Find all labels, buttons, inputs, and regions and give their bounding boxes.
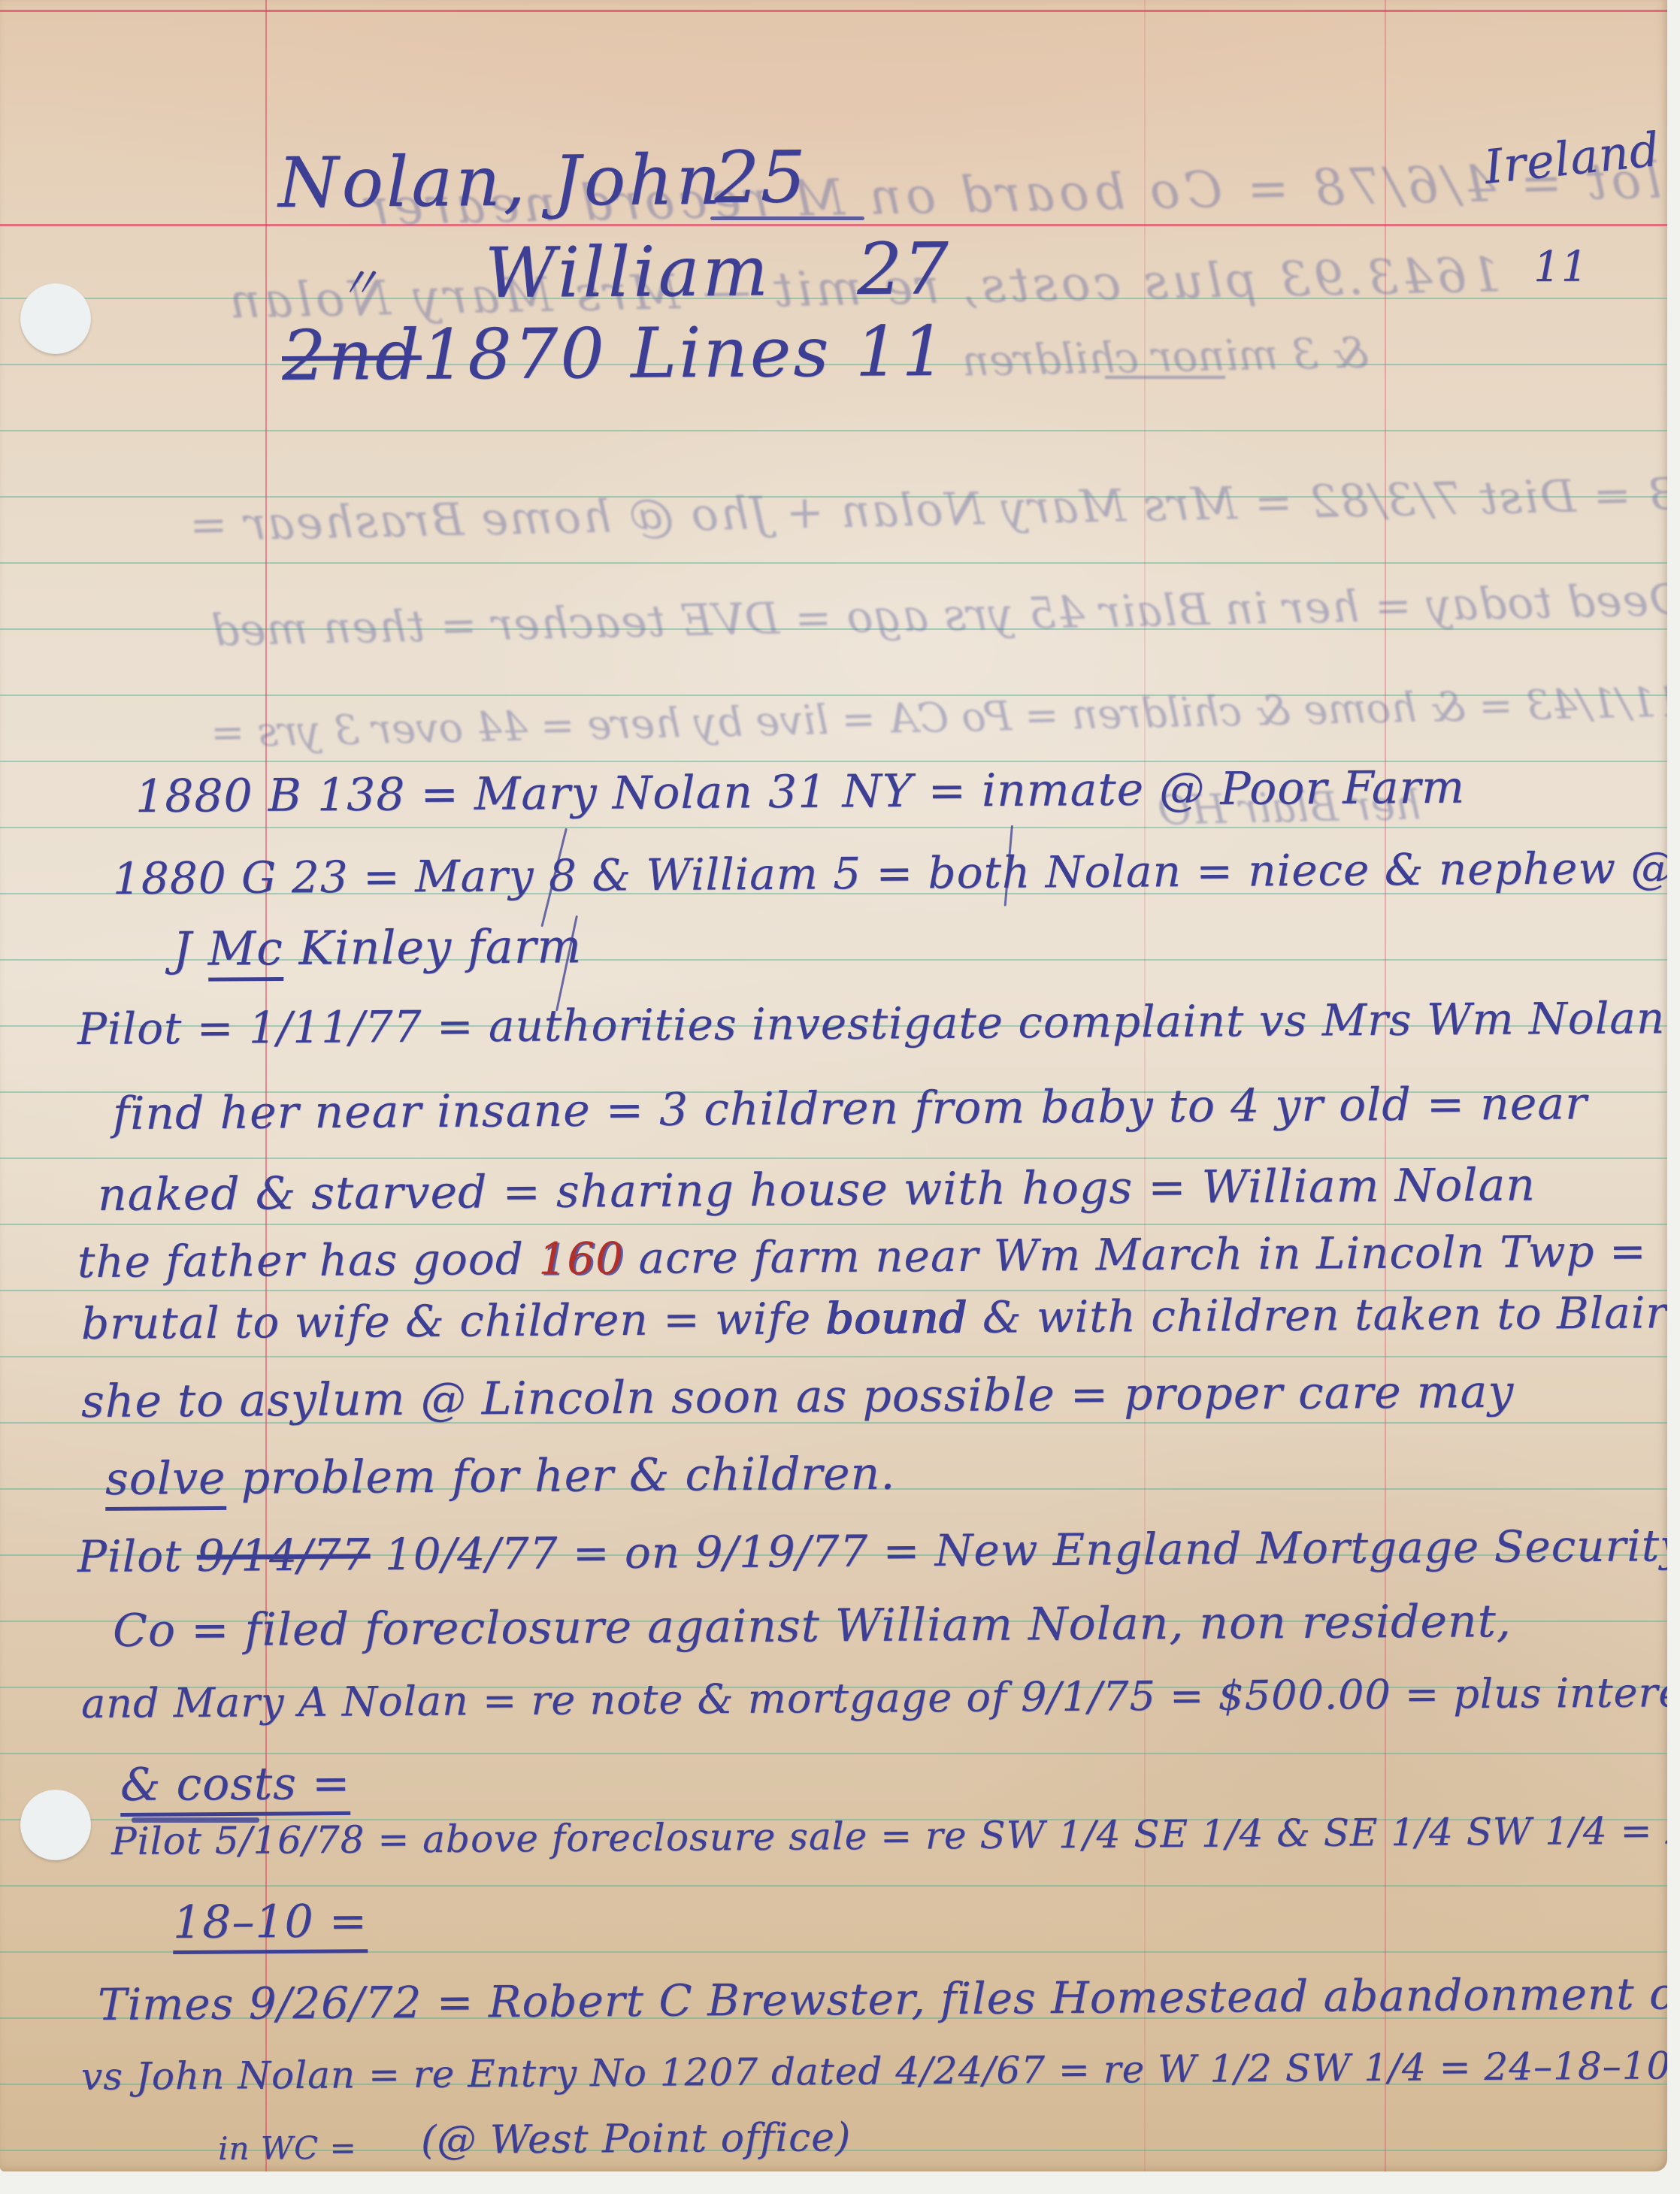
note-line-naked-starved: naked & starved = sharing house with hog… [98,1163,1536,1218]
census-year-line: 2nd1870 Lines 11 [282,317,948,391]
note-line-west-point-office: (@ West Point office) [421,2118,852,2160]
note-line-brutal: brutal to wife & children = wife bound &… [81,1291,1667,1345]
note-line-insane: find her near insane = 3 children from b… [113,1081,1588,1136]
text-part: the father has good [77,1233,539,1288]
note-line-pilot-complaint: Pilot = 1/11/77 = authorities investigat… [77,996,1667,1051]
heavy-ink-underline [132,1817,259,1823]
scanned-note-page: Pilot = 4/6/78 = Co board on M record ne… [0,0,1680,2194]
text-part: 10/4/77 = on 9/19/77 = New England Mortg… [370,1520,1667,1580]
note-line-solve-problem: solve problem for her & children. [105,1451,896,1502]
punch-hole-bottom [20,1790,91,1860]
text-part: acre farm near Wm March in Lincoln Twp = [624,1225,1647,1283]
note-line-1880-niece-nephew: 1880 G 23 = Mary 8 & William 5 = both No… [113,846,1667,900]
underlined-part: & costs = [120,1757,351,1817]
age-underline-stroke [710,216,864,220]
underlined-part: solve [105,1452,226,1511]
brother-name: William [485,237,771,308]
note-line-foreclosure-sale: Pilot 5/16/78 = above foreclosure sale =… [111,1811,1667,1860]
bleedthrough-underline [1105,376,1225,379]
underlined-part: Mc [207,921,283,982]
note-line-asylum: she to asylum @ Lincoln soon as possible… [81,1369,1515,1424]
text-part: Kinley farm [283,918,583,976]
note-line-note-mortgage: and Mary A Nolan = re note & mortgage of… [81,1672,1667,1724]
note-line-1880-poorfarm: 1880 B 138 = Mary Nolan 31 NY = inmate @… [135,765,1465,819]
text-part: problem for her & children. [226,1448,895,1505]
text-part: Pilot [77,1530,197,1582]
top-red-rule [0,10,1667,12]
ditto-mark: 〃 [337,262,381,305]
underlined-part: 18–10 = [173,1895,368,1954]
note-line-160-acre-farm: the father has good 160 acre farm near W… [77,1229,1647,1284]
punch-hole-top [20,283,91,354]
surname-heading: Nolan, John [278,146,724,218]
overwritten-word: bound [825,1292,967,1344]
origin-ditto: 11 [1533,246,1589,289]
struck-date: 9/14/77 [197,1529,371,1581]
struck-word: 2nd [282,315,422,396]
note-line-foreclosure: Co = filed foreclosure against William N… [113,1599,1512,1654]
note-line-mortgage-security: Pilot 9/14/77 10/4/77 = on 9/19/77 = New… [77,1524,1667,1578]
note-line-entry-1207: vs John Nolan = re Entry No 1207 dated 4… [81,2046,1667,2096]
note-line-township: 18–10 = [173,1899,368,1945]
ruled-lines [0,298,1667,2154]
age-john: 25 [714,142,807,214]
text-part: & with children taken to Blair [967,1287,1667,1342]
note-line-times-brewster: Times 9/26/72 = Robert C Brewster, files… [98,1971,1667,2026]
ledger-paper: Pilot = 4/6/78 = Co board on M record ne… [0,0,1667,2171]
age-william: 27 [857,234,950,306]
red-ink-number: 160 [538,1233,624,1285]
census-line-text: 1870 Lines 11 [421,311,948,395]
text-part: J [173,921,208,976]
note-line-mckinley-farm: J Mc Kinley farm [173,923,583,973]
text-part: brutal to wife & children = wife [81,1293,826,1349]
note-line-in-wc: in WC = [218,2132,357,2165]
note-line-costs: & costs = [120,1761,351,1808]
